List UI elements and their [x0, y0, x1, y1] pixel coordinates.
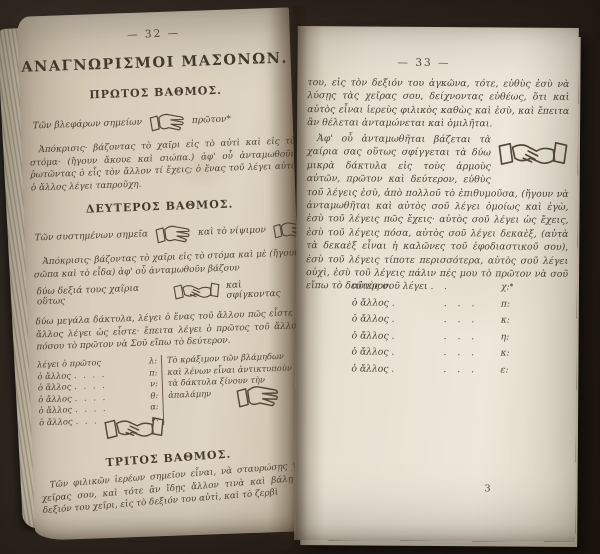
dialogue-dots	[101, 364, 149, 366]
dialogue-row: αὐτὸς σοῦ λέγει . . χ:	[352, 278, 517, 296]
right-paragraph2-block: Ἀφ' οὗ ἀνταμωθῆται βάζεται τὰ χαίρια σας…	[306, 132, 569, 295]
dialogue-letter: π:	[501, 296, 517, 313]
dialogue-letter: ε:	[500, 362, 516, 379]
dialogue-speaker: ὁ ἄλλος .	[351, 361, 443, 378]
book-photo: — 32 — ΑΝΑΓΝΩΡΙΣΜΟΙ ΜΑΣΟΝΩΝ. ΠΡΩΤΟΣ ΒΑΘΜ…	[0, 0, 600, 554]
degree1-sign-line: Τῶν βλεφάρων σημείων πρῶτον*	[32, 105, 291, 138]
degree2-heading: ΔΕΥΤΕΡΟΣ ΒΑΘΜΟΣ.	[24, 195, 296, 217]
dialogue-speaker: ὁ ἄλλος .	[352, 312, 444, 329]
left-page-number: — 32 —	[17, 23, 289, 44]
degree1-sign-text-left: Τῶν βλεφάρων σημείων	[33, 118, 143, 132]
handshake-icon	[497, 135, 569, 174]
dialogue-dots: . . .	[444, 296, 501, 313]
dialogue-dots: .	[444, 279, 501, 296]
dialogue-dots: . . .	[443, 345, 500, 362]
degree1-sign-text-right: πρῶτον*	[192, 115, 231, 126]
degree2-sign-line: Τῶν συστημένων σημεῖα καὶ τὸ νίψιμον	[34, 217, 307, 251]
dialogue-dots: . . .	[444, 312, 501, 329]
dialogue-letter: κ:	[501, 313, 517, 330]
dialogue-letter: χ:	[501, 279, 517, 296]
clasped-hands-icon	[103, 410, 166, 448]
degree1-paragraph: Ἀπόκρισις· βάζοντας τὸ χαῖρι εἰς τὸ αὐτὶ…	[29, 135, 297, 195]
dialogue-letter: κ:	[500, 346, 516, 363]
dialogue-speaker: ὁ ἄλλος	[39, 416, 73, 429]
handshake-icon	[172, 278, 221, 306]
pointing-hand-icon	[148, 109, 187, 134]
dialogue-row: ὁ ἄλλος . . . . κ:	[352, 312, 517, 330]
signature-number: 3	[485, 483, 491, 494]
degree1-heading: ΠΡΩΤΟΣ ΒΑΘΜΟΣ.	[20, 81, 292, 103]
degree2-sign2-text-right: καὶ σφίγκοντας	[226, 278, 297, 300]
degree2-sign-text-mid: καὶ τὸ νίψιμον	[198, 225, 266, 237]
book-title: ΑΝΑΓΝΩΡΙΣΜΟΙ ΜΑΣΟΝΩΝ.	[18, 49, 290, 75]
right-dialogue: αὐτὸς σοῦ λέγει . . χ: ὁ ἄλλος . . . . π…	[351, 278, 517, 379]
left-page: — 32 — ΑΝΑΓΝΩΡΙΣΜΟΙ ΜΑΣΟΝΩΝ. ΠΡΩΤΟΣ ΒΑΘΜ…	[17, 7, 307, 540]
right-page: — 33 — του, εἰς τὸν δεξιόν του ἀγκῶνα, τ…	[294, 26, 579, 542]
dialogue-row: ὁ ἄλλος . . . . ε:	[351, 361, 516, 379]
small-hand-icon	[234, 380, 281, 412]
dialogue-letter: λ:	[149, 355, 157, 367]
dialogue-letter: ν:	[150, 378, 158, 390]
dialogue-speaker: ὁ ἄλλος .	[352, 328, 444, 345]
dialogue-letter: π:	[149, 367, 158, 379]
open-hand-icon	[154, 221, 193, 246]
degree2-sign-line2: δύω δεξιά τους χαῖρια οὕτως καὶ σφίγκοντ…	[36, 275, 297, 310]
dialogue-letter: η:	[501, 329, 517, 346]
dialogue-speaker: ὁ ἄλλος .	[352, 295, 444, 312]
dialogue-speaker: ὁ ἄλλος .	[351, 345, 443, 362]
degree2-sign-text-left: Τῶν συστημένων σημεῖα	[35, 229, 149, 243]
dialogue-dots: . . .	[444, 329, 501, 346]
ink-speck	[510, 284, 513, 287]
right-paragraph1: του, εἰς τὸν δεξιόν του ἀγκῶνα, τότε, εὐ…	[307, 76, 569, 131]
right-page-number: — 33 —	[294, 56, 564, 70]
dialogue-row: ὁ ἄλλος . . . . κ:	[351, 345, 516, 363]
dialogue-letter: θ:	[150, 390, 158, 402]
dialogue-dots: . . .	[443, 362, 500, 379]
dialogue-speaker: αὐτὸς σοῦ λέγει .	[352, 278, 444, 295]
dialogue-row: ὁ ἄλλος . . . . η:	[352, 328, 517, 346]
dialogue-row: ὁ ἄλλος . . . . π:	[352, 295, 517, 313]
degree2-sign2-text-left: δύω δεξιά τους χαῖρια οὕτως	[36, 283, 166, 308]
degree2-paragraph2: δύω μεγάλα δάκτυλα, λέγει ὁ ἕνας τοῦ ἄλλ…	[35, 307, 302, 354]
